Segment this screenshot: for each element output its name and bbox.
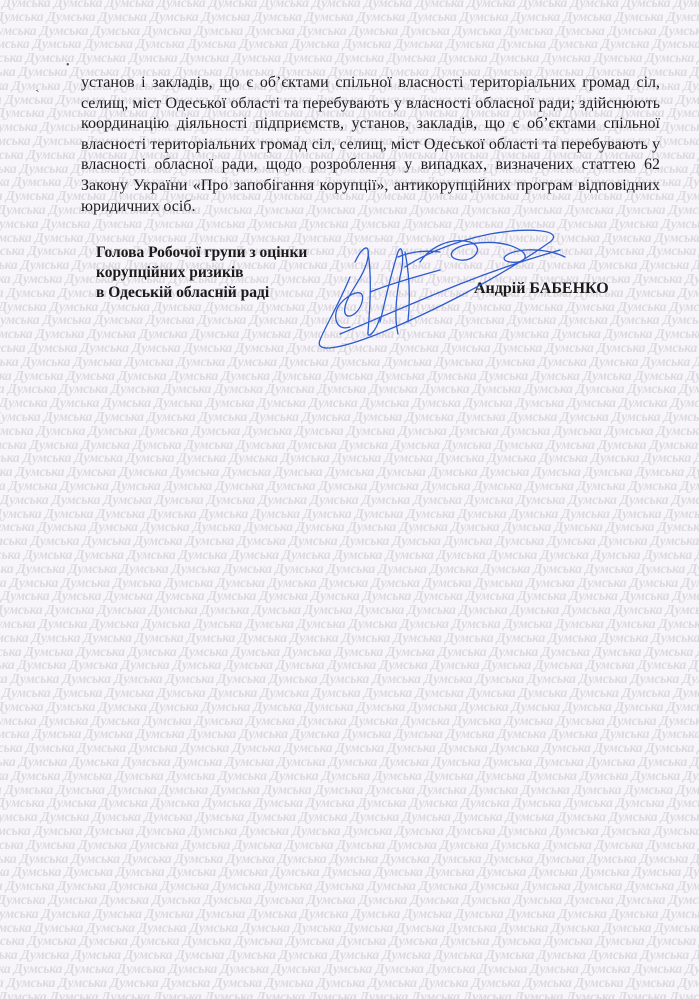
watermark-row: Думська Думська Думська Думська Думська …	[0, 617, 699, 631]
watermark-row: Думська Думська Думська Думська Думська …	[0, 631, 699, 645]
watermark-row: Думська Думська Думська Думська Думська …	[0, 962, 699, 976]
signatory-title-line-1: Голова Робочої групи з оцінки	[96, 243, 307, 263]
watermark-row: Думська Думська Думська Думська Думська …	[0, 824, 699, 838]
watermark-row: Думська Думська Думська Думська Думська …	[0, 755, 699, 769]
watermark-row: Думська Думська Думська Думська Думська …	[0, 424, 699, 438]
signatory-title-line-3: в Одеській обласній раді	[96, 283, 307, 303]
handwritten-signature-icon	[310, 222, 570, 362]
watermark-row: Думська Думська Думська Думська Думська …	[0, 893, 699, 907]
margin-dot-mark: •	[66, 60, 70, 71]
watermark-row: Думська Думська Думська Думська Думська …	[0, 700, 699, 714]
watermark-row: Думська Думська Думська Думська Думська …	[0, 838, 699, 852]
watermark-row: Думська Думська Думська Думська Думська …	[0, 410, 699, 424]
watermark-row: Думська Думська Думська Думська Думська …	[2, 686, 699, 700]
signatory-title-block: Голова Робочої групи з оцінки корупційни…	[96, 243, 307, 303]
watermark-row: Думська Думська Думська Думська Думська …	[0, 769, 699, 783]
margin-tick-mark: ˏ	[35, 78, 40, 94]
document-body: установ і закладів, що є об’єктами спіль…	[81, 73, 660, 217]
watermark-row: Думська Думська Думська Думська Думська …	[0, 479, 699, 493]
signatory-title-line-2: корупційних ризиків	[96, 263, 307, 283]
body-paragraph: установ і закладів, що є об’єктами спіль…	[81, 73, 660, 217]
watermark-row: Думська Думська Думська Думська Думська …	[0, 990, 699, 999]
watermark-row: Думська Думська Думська Думська Думська …	[0, 976, 699, 990]
watermark-row: Думська Думська Думська Думська Думська …	[0, 493, 699, 507]
watermark-row: Думська Думська Думська Думська Думська …	[0, 10, 699, 24]
watermark-row: Думська Думська Думська Думська Думська …	[0, 548, 699, 562]
watermark-row: Думська Думська Думська Думська Думська …	[0, 907, 699, 921]
watermark-row: Думська Думська Думська Думська Думська …	[0, 562, 699, 576]
